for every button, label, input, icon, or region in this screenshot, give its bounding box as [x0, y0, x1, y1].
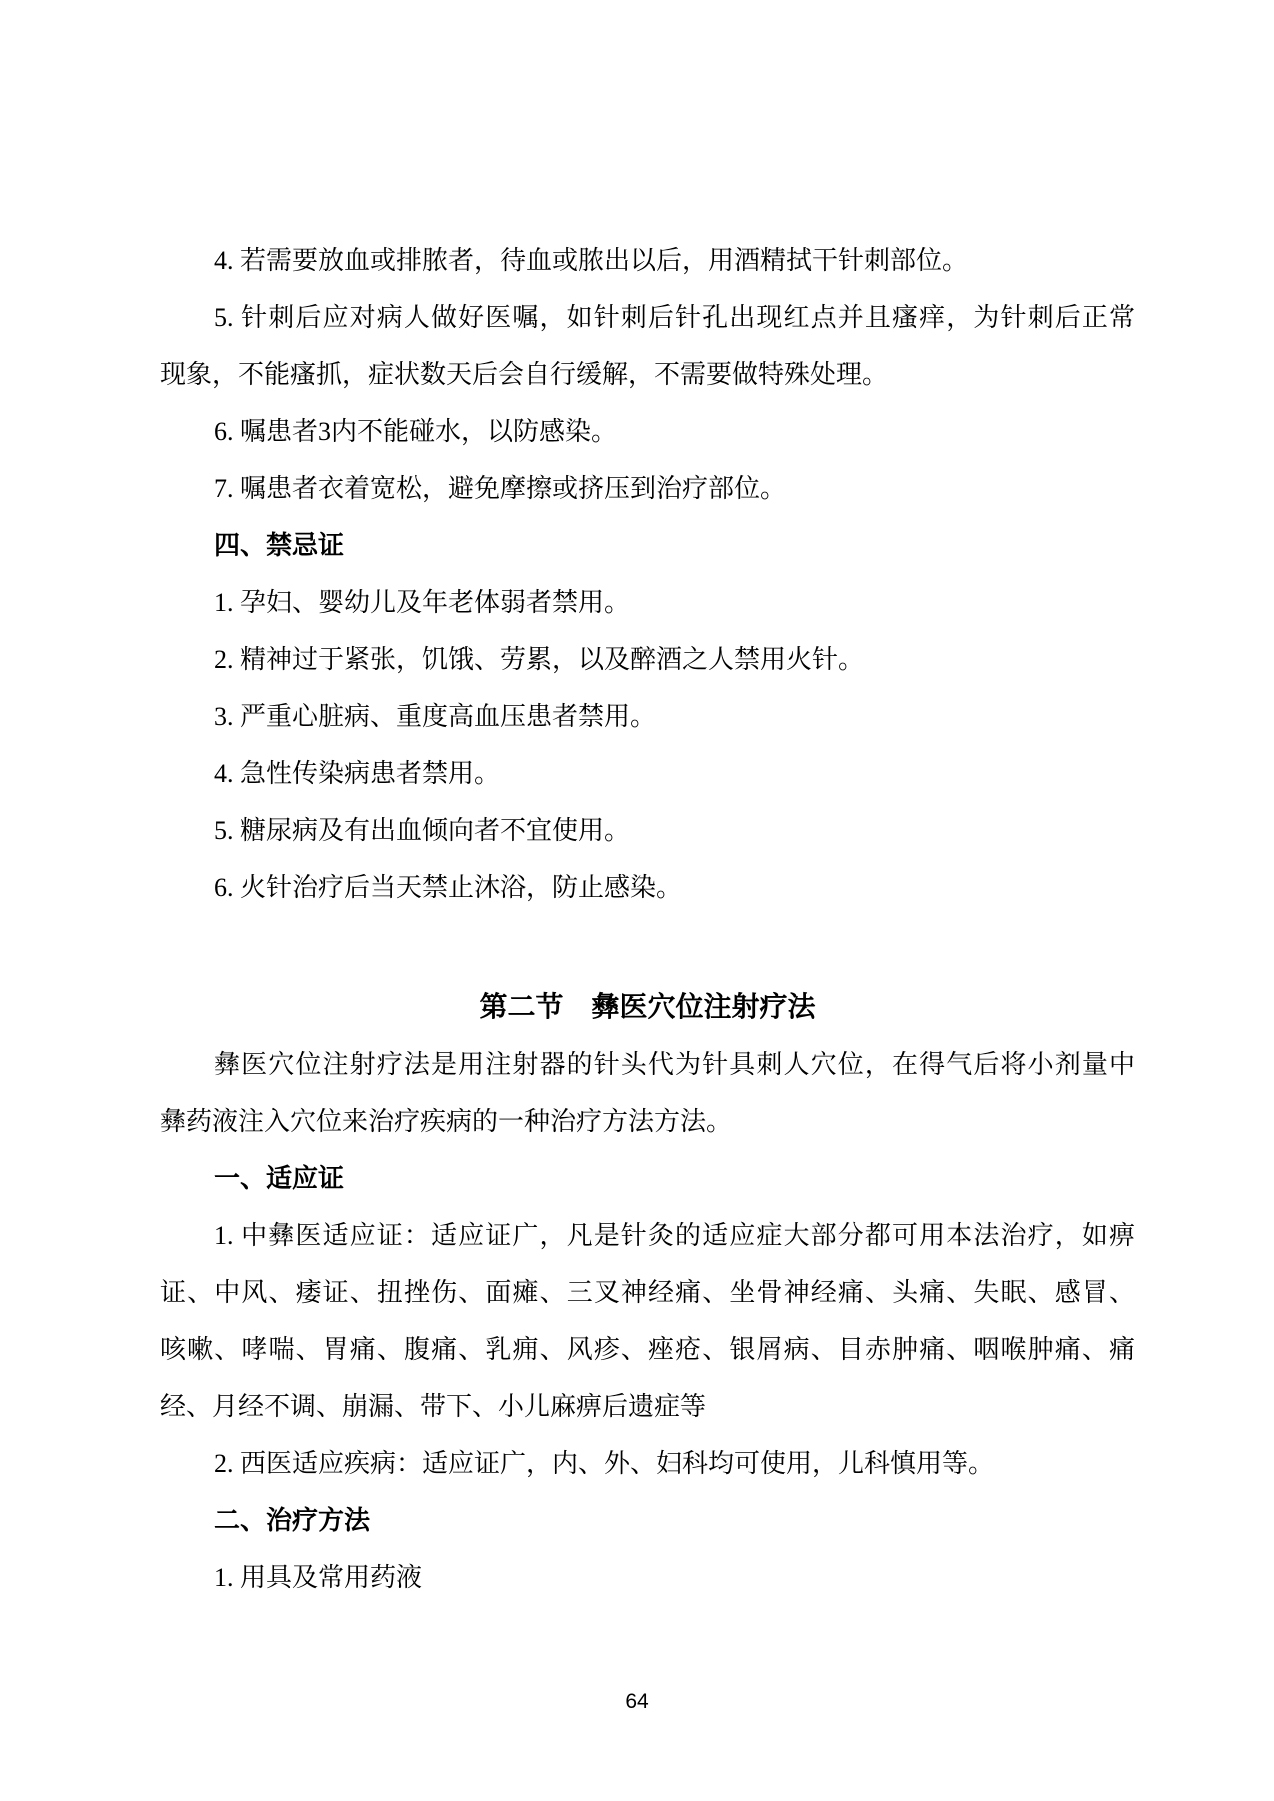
contraindication-item-4: 4. 急性传染病患者禁用。: [160, 745, 1135, 802]
intro-paragraph-line2: 彝药液注入穴位来治疗疾病的一种治疗方法方法。: [160, 1093, 1135, 1150]
indications-tcm-line1: 1. 中彝医适应证：适应证广，凡是针灸的适应症大部分都可用本法治疗，如痹: [160, 1207, 1135, 1264]
contraindication-item-6: 6. 火针治疗后当天禁止沐浴，防止感染。: [160, 859, 1135, 916]
indications-tcm-line3: 咳嗽、哮喘、胃痛、腹痛、乳痈、风疹、痤疮、银屑病、目赤肿痛、咽喉肿痛、痛: [160, 1321, 1135, 1378]
section-gap: [160, 916, 1135, 979]
item-5-aftercare-line1: 5. 针刺后应对病人做好医嘱，如针刺后针孔出现红点并且瘙痒，为针刺后正常: [160, 289, 1135, 346]
intro-paragraph-line1: 彝医穴位注射疗法是用注射器的针头代为针具刺人穴位，在得气后将小剂量中: [160, 1036, 1135, 1093]
indications-tcm-line4: 经、月经不调、崩漏、带下、小儿麻痹后遗症等: [160, 1378, 1135, 1435]
indications-tcm-line2: 证、中风、痿证、扭挫伤、面瘫、三叉神经痛、坐骨神经痛、头痛、失眠、感冒、: [160, 1264, 1135, 1321]
subheading-contraindications: 四、禁忌证: [160, 517, 1135, 574]
contraindication-item-3: 3. 严重心脏病、重度高血压患者禁用。: [160, 688, 1135, 745]
contraindication-item-5: 5. 糖尿病及有出血倾向者不宜使用。: [160, 802, 1135, 859]
item-5-aftercare-line2: 现象，不能瘙抓，症状数天后会自行缓解，不需要做特殊处理。: [160, 346, 1135, 403]
contraindication-item-1: 1. 孕妇、婴幼儿及年老体弱者禁用。: [160, 574, 1135, 631]
document-page: 4. 若需要放血或排脓者，待血或脓出以后，用酒精拭干针刺部位。 5. 针刺后应对…: [0, 0, 1274, 1801]
item-7-loose-clothing: 7. 嘱患者衣着宽松，避免摩擦或挤压到治疗部位。: [160, 460, 1135, 517]
contraindication-item-2: 2. 精神过于紧张，饥饿、劳累，以及醉酒之人禁用火针。: [160, 631, 1135, 688]
subheading-indications: 一、适应证: [160, 1150, 1135, 1207]
treatment-item-tools: 1. 用具及常用药液: [160, 1549, 1135, 1606]
section-title: 第二节 彝医穴位注射疗法: [160, 979, 1135, 1036]
indications-western: 2. 西医适应疾病：适应证广，内、外、妇科均可使用，儿科慎用等。: [160, 1435, 1135, 1492]
item-6-no-water: 6. 嘱患者3内不能碰水，以防感染。: [160, 403, 1135, 460]
page-number: 64: [0, 1687, 1274, 1717]
page-body: 4. 若需要放血或排脓者，待血或脓出以后，用酒精拭干针刺部位。 5. 针刺后应对…: [160, 232, 1135, 1606]
subheading-treatment-methods: 二、治疗方法: [160, 1492, 1135, 1549]
item-4-disinfect: 4. 若需要放血或排脓者，待血或脓出以后，用酒精拭干针刺部位。: [160, 232, 1135, 289]
